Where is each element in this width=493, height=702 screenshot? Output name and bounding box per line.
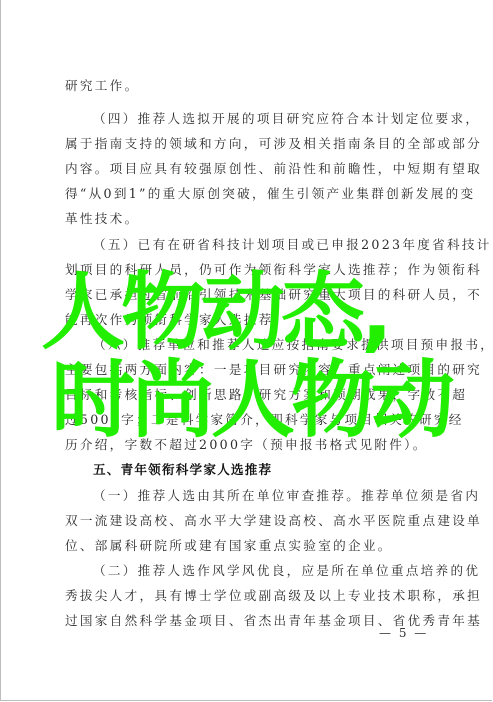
text-line: 革性技术。 [65,211,139,227]
text-line: 得“从0到1”的重大原创突破，催生引领产业集群创新发展的变 [65,186,475,202]
text-line: （一）推荐人选由其所在单位审查推荐。推荐单位须是省内 [93,488,480,504]
text-line: 属于指南支持的领域和方向，可涉及相关指南条目的全部或部分 [65,136,482,152]
text-line: 秀拔尖人才，具有博士学位或副高级及以上专业技术职称，承担 [65,588,482,604]
text-line: （四）推荐人选拟开展的项目研究应符合本计划定位要求， [93,111,480,127]
text-line: 双一流建设高校、高水平大学建设高校、高水平医院重点建设单 [65,513,482,529]
watermark-line-1: 人物动态, [41,270,389,354]
section-heading: 五、青年领衔科学家人选推荐 [93,462,272,478]
text-line: 研究工作。 [65,78,139,94]
text-line: （五）已有在研省科技计划项目或已申报2023年度省科技计 [93,237,492,253]
text-line: 内容。项目应具有较强原创性、前沿性和前瞻性，中短期有望取 [65,161,482,177]
page-number: — 5 — [379,626,428,640]
watermark-line-2: 时尚人物动 [51,358,451,442]
text-line: （二）推荐人选作风学风优良，应是所在单位重点培养的优 [93,563,480,579]
text-line: 位、部属科研院所或建有国家重点实验室的企业。 [65,538,393,554]
document-page: 研究工作。 （四）推荐人选拟开展的项目研究应符合本计划定位要求， 属于指南支持的… [0,0,492,701]
